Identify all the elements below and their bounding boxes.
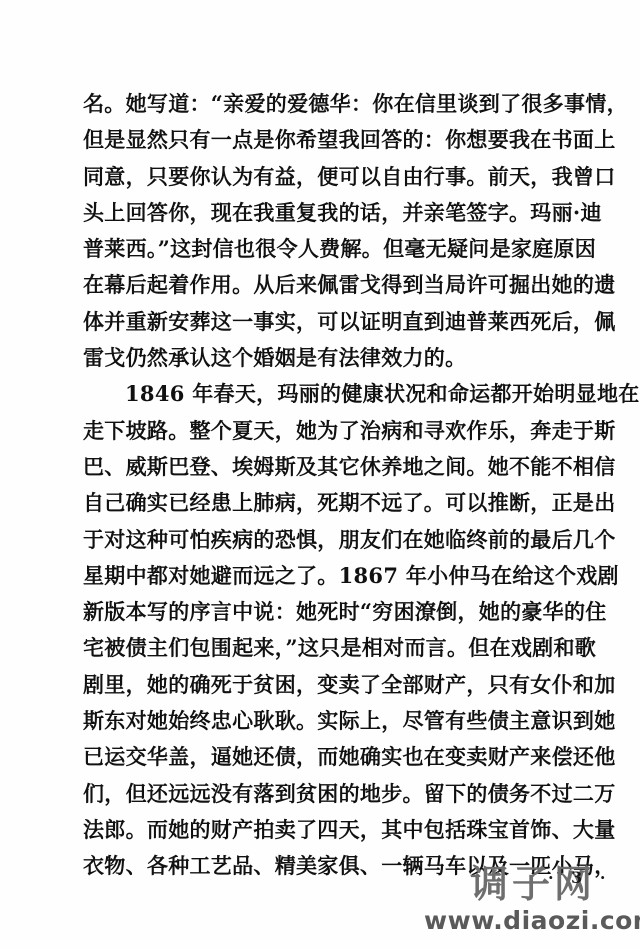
text-line: 星期中都对她避而远之了。1867 年小仲马在给这个戏剧 [83, 558, 595, 594]
text-line: 普莱西。”这封信也很令人费解。但毫无疑问是家庭原因 [83, 231, 595, 267]
watermark-url: www.diaozi.com [424, 905, 640, 937]
text-line: 巴、威斯巴登、埃姆斯及其它休养地之间。她不能不相信 [83, 449, 595, 485]
text-line: 已运交华盖，逼她还债，而她确实也在变卖财产来偿还他 [83, 739, 595, 775]
text-line: 于对这种可怕疾病的恐惧，朋友们在她临终前的最后几个 [83, 522, 595, 558]
text-line: 体并重新安葬这一事实，可以证明直到迪普莱西死后，佩 [83, 304, 595, 340]
text-line-paragraph-start: 1846 年春天，玛丽的健康状况和命运都开始明显地在 [83, 376, 595, 412]
text-line: 剧里，她的确死于贫困，变卖了全部财产，只有女仆和加 [83, 667, 595, 703]
text-line: 新版本写的序言中说：她死时“穷困潦倒，她的豪华的住 [83, 594, 595, 630]
text-line: 斯东对她始终忠心耿耿。实际上，尽管有些债主意识到她 [83, 703, 595, 739]
text-line: 衣物、各种工艺品、精美家俱、一辆马车以及一匹小马， [83, 848, 595, 884]
body-text: 名。她写道：“亲爱的爱德华：你在信里谈到了很多事情， 但是显然只有一点是你希望我… [83, 86, 595, 885]
text-line: 但是显然只有一点是你希望我回答的：你想要我在书面上 [83, 122, 595, 158]
text-line: 名。她写道：“亲爱的爱德华：你在信里谈到了很多事情， [83, 86, 595, 122]
text-line: 法郎。而她的财产拍卖了四天，其中包括珠宝首饰、大量 [83, 812, 595, 848]
text-line: 在幕后起着作用。从后来佩雷戈得到当局许可掘出她的遗 [83, 267, 595, 303]
text-line: 自己确实已经患上肺病，死期不远了。可以推断，正是出 [83, 485, 595, 521]
text-line-paragraph-end: 雷戈仍然承认这个婚姻是有法律效力的。 [83, 340, 595, 376]
text-line: 头上回答你，现在我重复我的话，并亲笔签字。玛丽·迪 [83, 195, 595, 231]
text-line: 宅被债主们包围起来，”这只是相对而言。但在戏剧和歌 [83, 630, 595, 666]
text-line: 走下坡路。整个夏天，她为了治病和寻欢作乐，奔走于斯 [83, 413, 595, 449]
text-line: 同意，只要你认为有益，便可以自由行事。前天，我曾口 [83, 159, 595, 195]
text-line: 们，但还远远没有落到贫困的地步。留下的债务不过二万 [83, 776, 595, 812]
document-page: 名。她写道：“亲爱的爱德华：你在信里谈到了很多事情， 但是显然只有一点是你希望我… [0, 0, 640, 949]
